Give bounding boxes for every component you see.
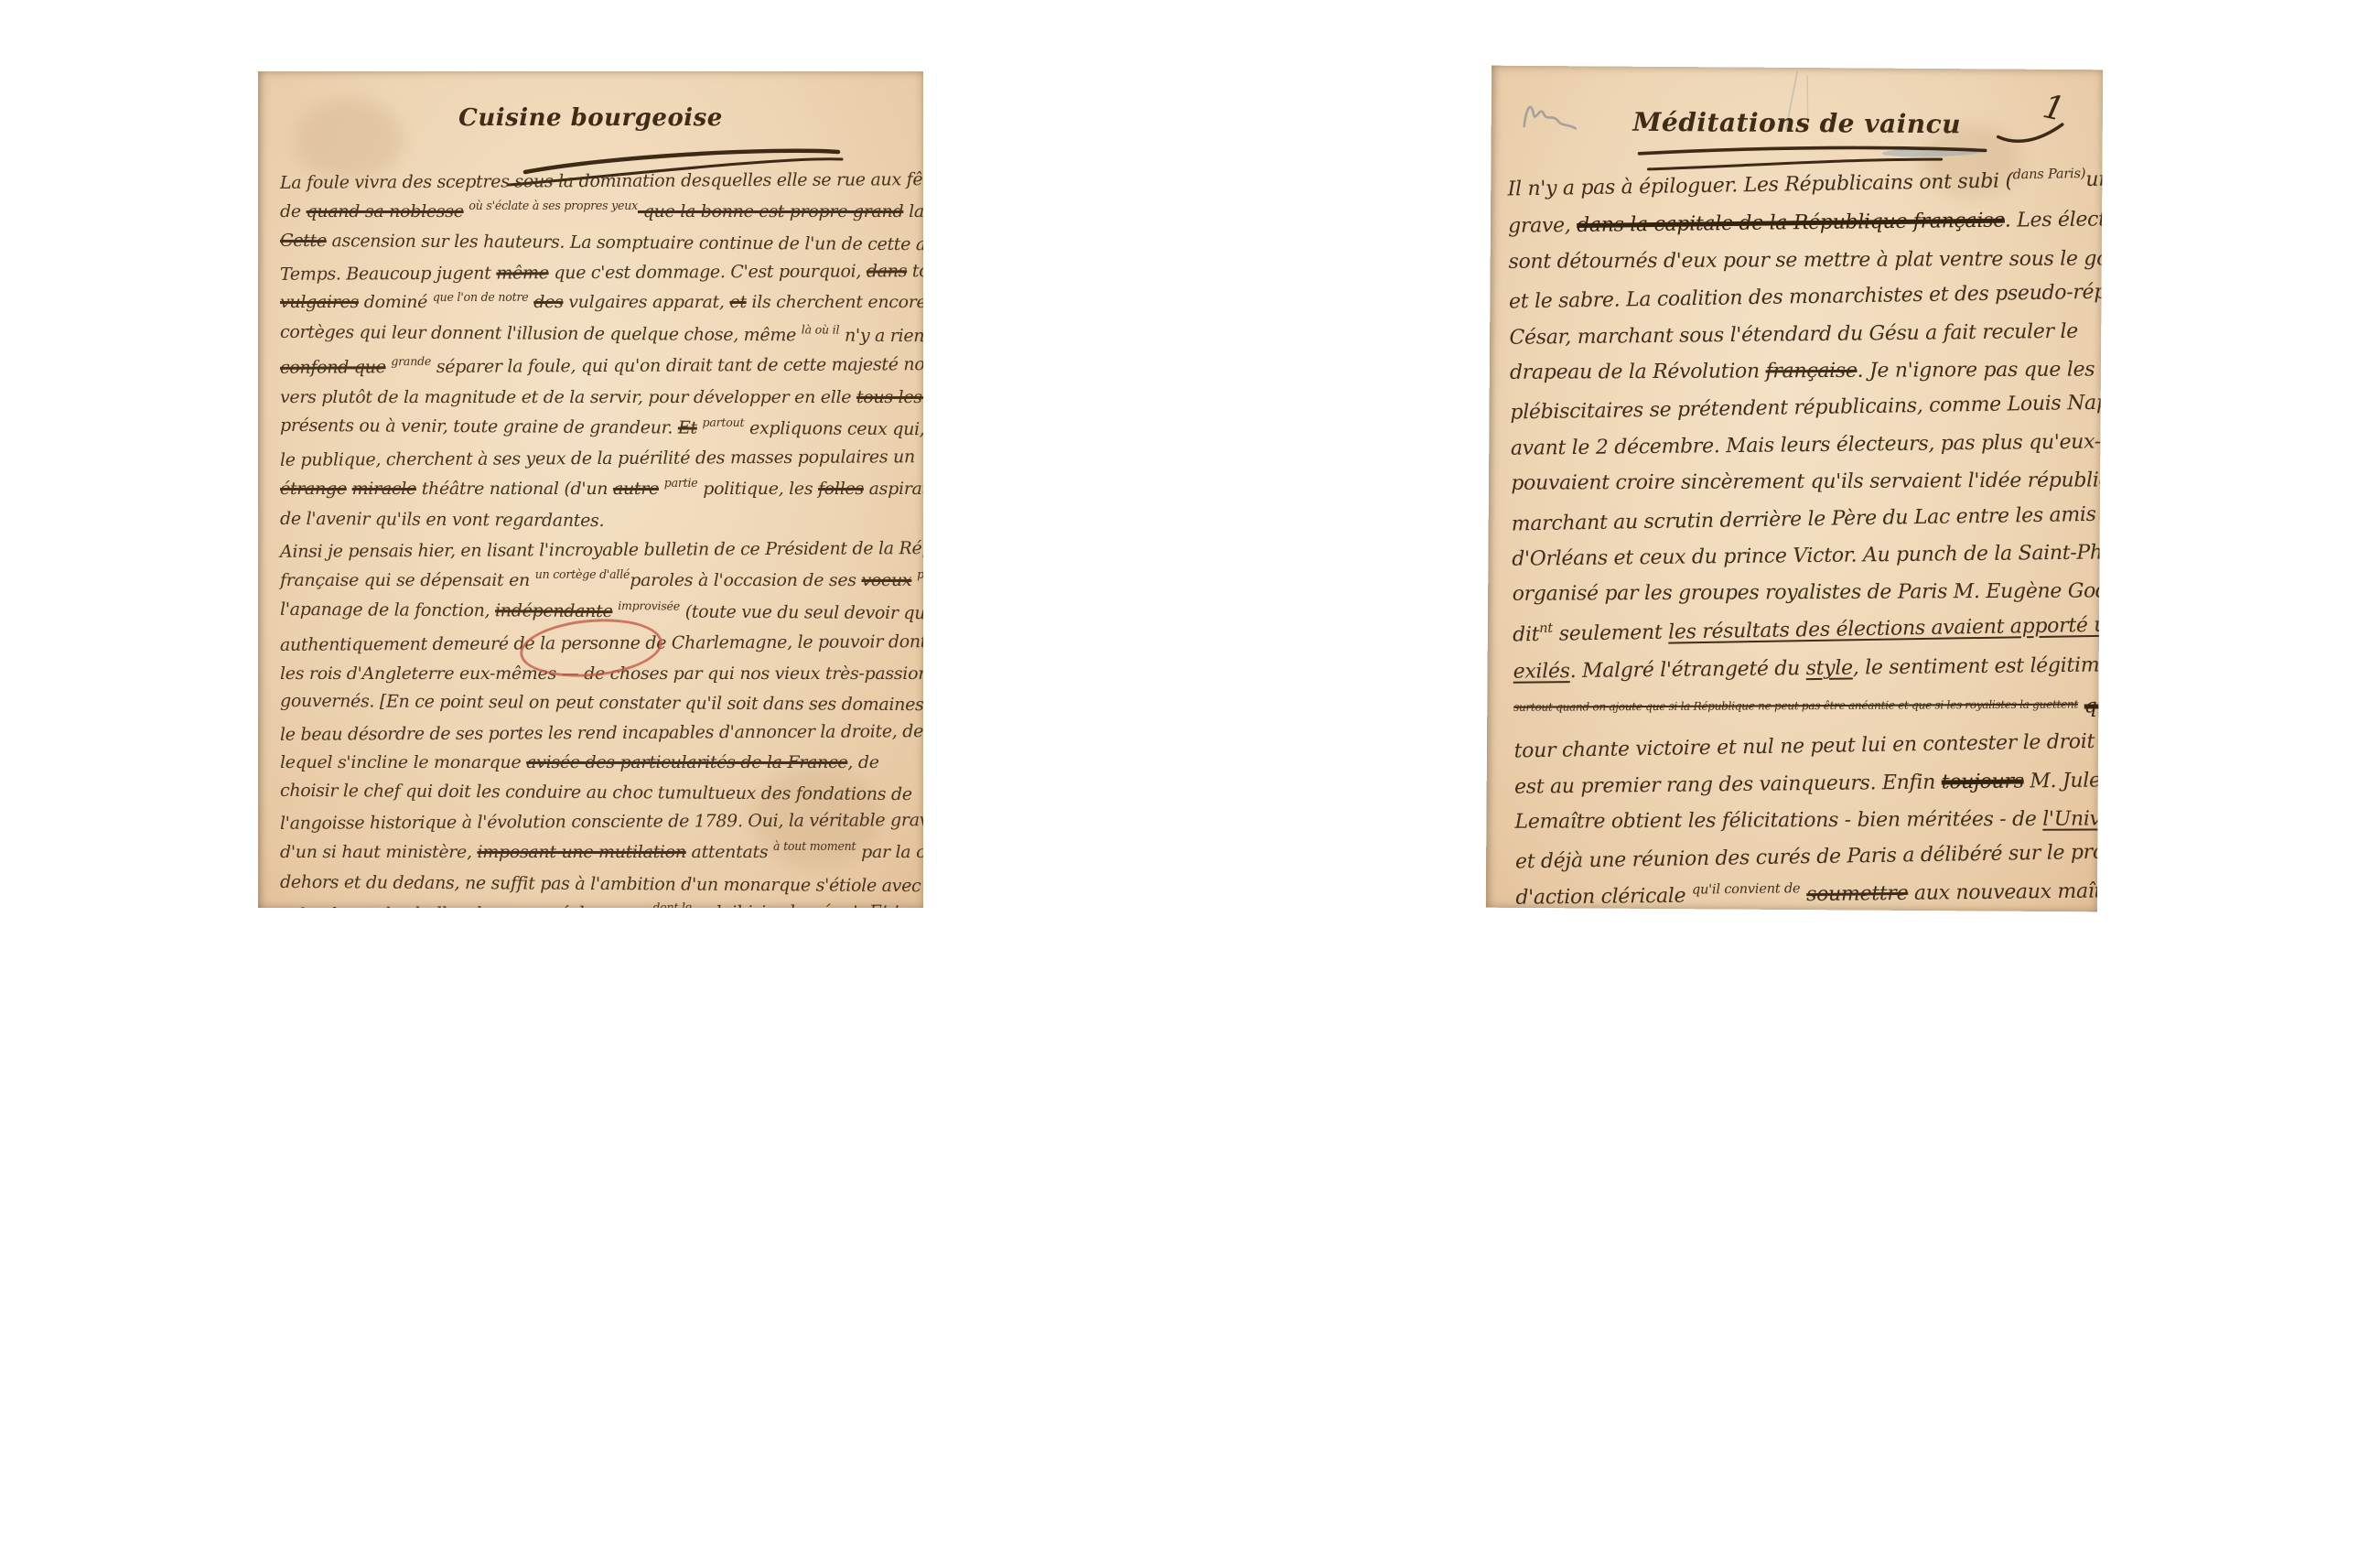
manuscript-line: française qui se dépensait en un cortège… — [280, 566, 917, 598]
manuscript-line: de quand sa noblesse où s'éclate à ses p… — [280, 197, 917, 229]
manuscript-page-left: Cuisine bourgeoise La foule vivra des sc… — [258, 71, 923, 908]
manuscript-line: vers plutôt de la magnitude et de la ser… — [280, 383, 917, 413]
manuscript-line: Ainsi je pensais hier, en lisant l'incro… — [280, 534, 917, 566]
manuscript-page-right: Méditations de vaincu 1 Il n'y a pas à é… — [1486, 66, 2103, 912]
manuscript-line: d'un si haut ministère, imposant une mut… — [280, 837, 917, 869]
manuscript-line: dehors et du dedans, ne suffit pas à l'a… — [280, 868, 917, 901]
manuscript-line: cortèges qui leur donnent l'illusion de … — [280, 318, 917, 353]
manuscript-line: le publique, cherchent à ses yeux de la … — [280, 443, 917, 476]
manuscript-line: La foule vivra des sceptres sous la domi… — [280, 165, 917, 198]
manuscript-line: avant le 2 décembre. Mais leurs électeur… — [1511, 424, 2100, 468]
manuscript-line: organisé par les groupes royalistes de P… — [1513, 574, 2102, 614]
manuscript-line: l'angoisse historique à l'évolution cons… — [280, 806, 917, 839]
page-title: Cuisine bourgeoise — [258, 104, 923, 132]
manuscript-line: surtout quand on ajoute que si la Républ… — [1513, 688, 2103, 730]
manuscript-line: splendeurs des bulles de savon réclame u… — [280, 897, 917, 908]
manuscript-line: Cette ascension sur les hauteurs. La som… — [280, 226, 917, 260]
manuscript-line: choisir le chef qui doit les conduire au… — [280, 776, 917, 810]
manuscript-lines: Il n'y a pas à épiloguer. Les Républicai… — [1507, 163, 2103, 911]
manuscript-line: pouvaient croire sincèrement qu'ils serv… — [1511, 463, 2100, 503]
manuscript-line: présents ou à venir, toute graine de gra… — [280, 411, 917, 447]
manuscript-line: étrange miracle théâtre national (d'un a… — [280, 474, 917, 506]
manuscript-line: de l'avenir qu'ils en vont regardantes. — [280, 503, 917, 537]
manuscript-line: vulgaires dominé que l'on de notre des v… — [280, 287, 917, 319]
manuscript-line: confond que grande séparer la foule, qui… — [280, 350, 917, 384]
manuscript-line: gouvernés. [En ce point seul on peut con… — [280, 686, 917, 720]
page-number-swoosh — [1993, 110, 2070, 151]
manuscript-lines: La foule vivra des sceptres sous la domi… — [280, 167, 917, 908]
manuscript-line: lequel s'incline le monarque avisée des … — [280, 748, 917, 778]
scan-canvas: { "colors":{ "paper":"#eed6b5", "ink":"#… — [0, 0, 2380, 1553]
manuscript-line: le beau désordre de ses portes les rend … — [280, 717, 917, 750]
manuscript-line: Temps. Beaucoup jugent même que c'est do… — [280, 256, 917, 289]
